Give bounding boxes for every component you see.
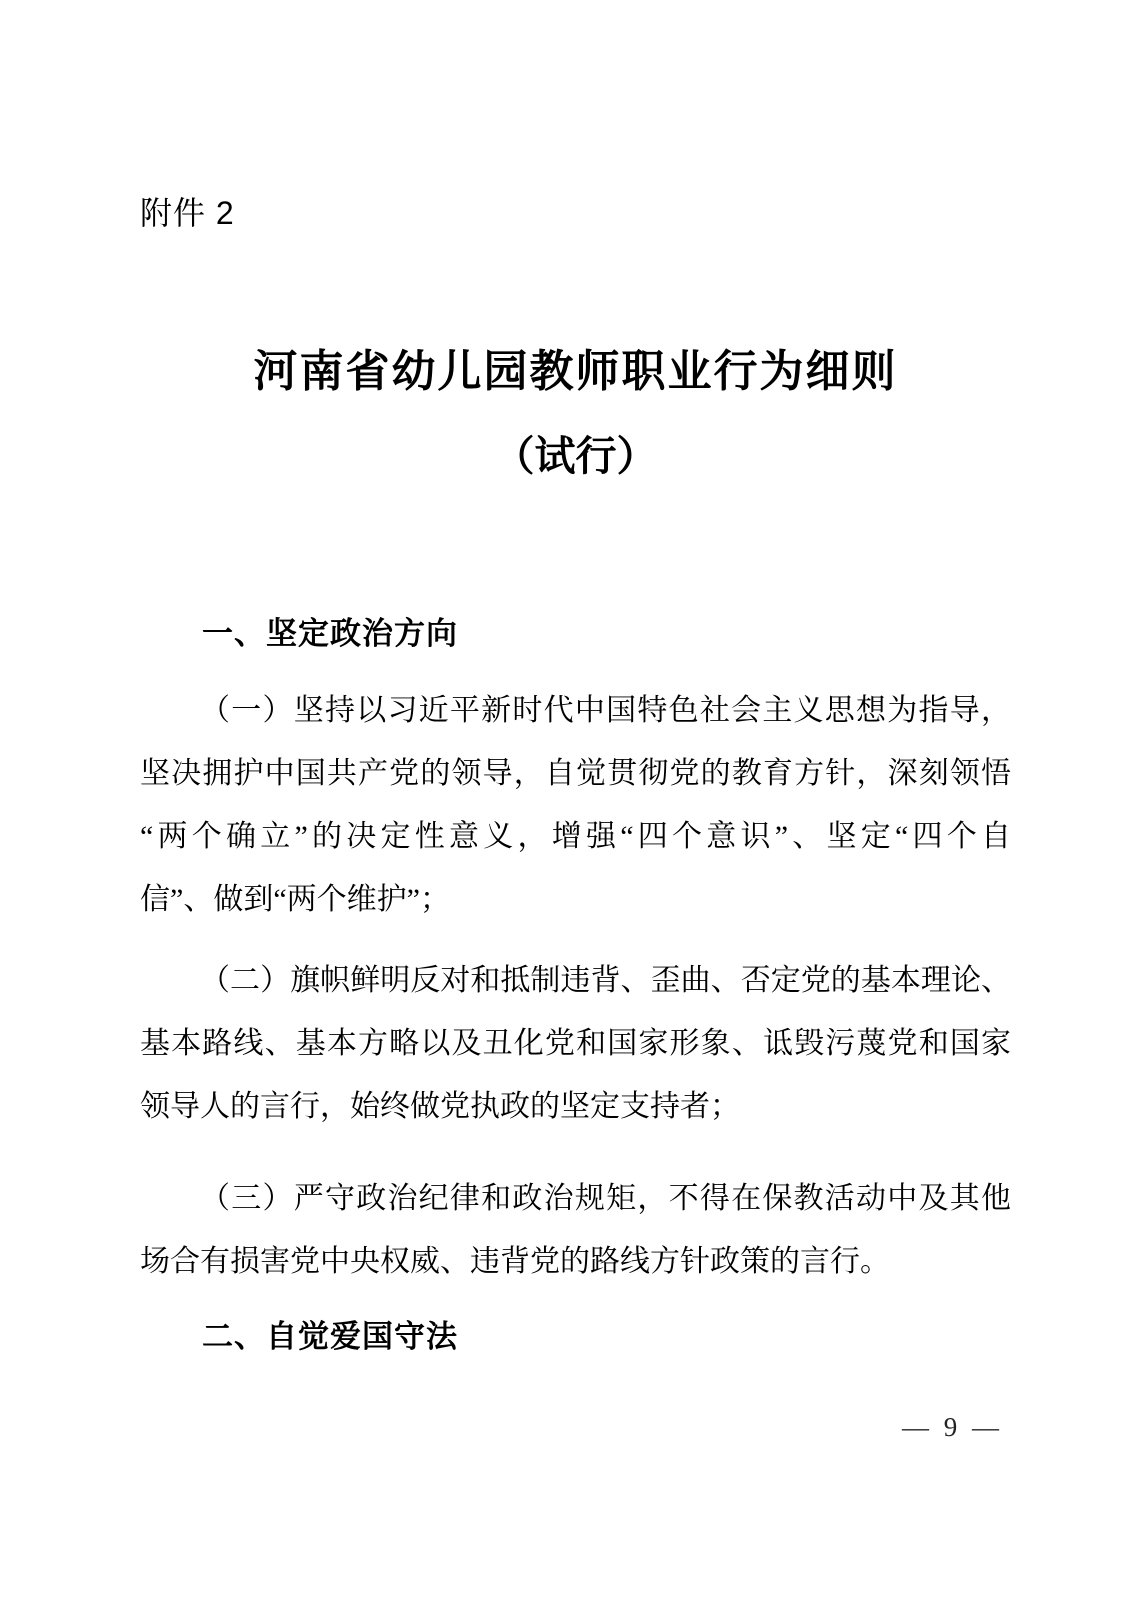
paragraph-1: （一）坚持以习近平新时代中国特色社会主义思想为指导， 坚决拥护中国共产党的领导，… [140, 679, 1011, 931]
document-title: 河南省幼儿园教师职业行为细则 [140, 346, 1011, 398]
paragraph-1-line-2: 坚决拥护中国共产党的领导，自觉贯彻党的教育方针，深刻领悟 [140, 742, 1011, 805]
attachment-label: 附件 2 [140, 192, 1011, 234]
paragraph-3-line-2: 场合有损害党中央权威、违背党的路线方针政策的言行。 [140, 1230, 1011, 1293]
section-heading-2: 二、自觉爱国守法 [140, 1321, 1011, 1353]
paragraph-1-line-3: “两个确立”的决定性意义，增强“四个意识”、坚定“四个自 [140, 805, 1011, 868]
paragraph-2-line-3: 领导人的言行，始终做党执政的坚定支持者； [140, 1075, 1011, 1138]
page-number: — 9 — [902, 1412, 1003, 1442]
paragraph-2-line-1: （二）旗帜鲜明反对和抵制违背、歪曲、否定党的基本理论、 [140, 949, 1011, 1012]
paragraph-3-line-1: （三）严守政治纪律和政治规矩，不得在保教活动中及其他 [140, 1167, 1011, 1230]
paragraph-1-line-1: （一）坚持以习近平新时代中国特色社会主义思想为指导， [140, 679, 1011, 742]
paragraph-3: （三）严守政治纪律和政治规矩，不得在保教活动中及其他 场合有损害党中央权威、违背… [140, 1167, 1011, 1293]
document-subtitle: （试行） [140, 432, 1011, 480]
paragraph-2-line-2: 基本路线、基本方略以及丑化党和国家形象、诋毁污蔑党和国家 [140, 1012, 1011, 1075]
section-heading-1: 一、坚定政治方向 [140, 618, 1011, 650]
document-page: 附件 2 河南省幼儿园教师职业行为细则 （试行） 一、坚定政治方向 （一）坚持以… [0, 0, 1131, 1600]
paragraph-2: （二）旗帜鲜明反对和抵制违背、歪曲、否定党的基本理论、 基本路线、基本方略以及丑… [140, 949, 1011, 1138]
paragraph-1-line-4: 信”、做到“两个维护”； [140, 868, 1011, 931]
